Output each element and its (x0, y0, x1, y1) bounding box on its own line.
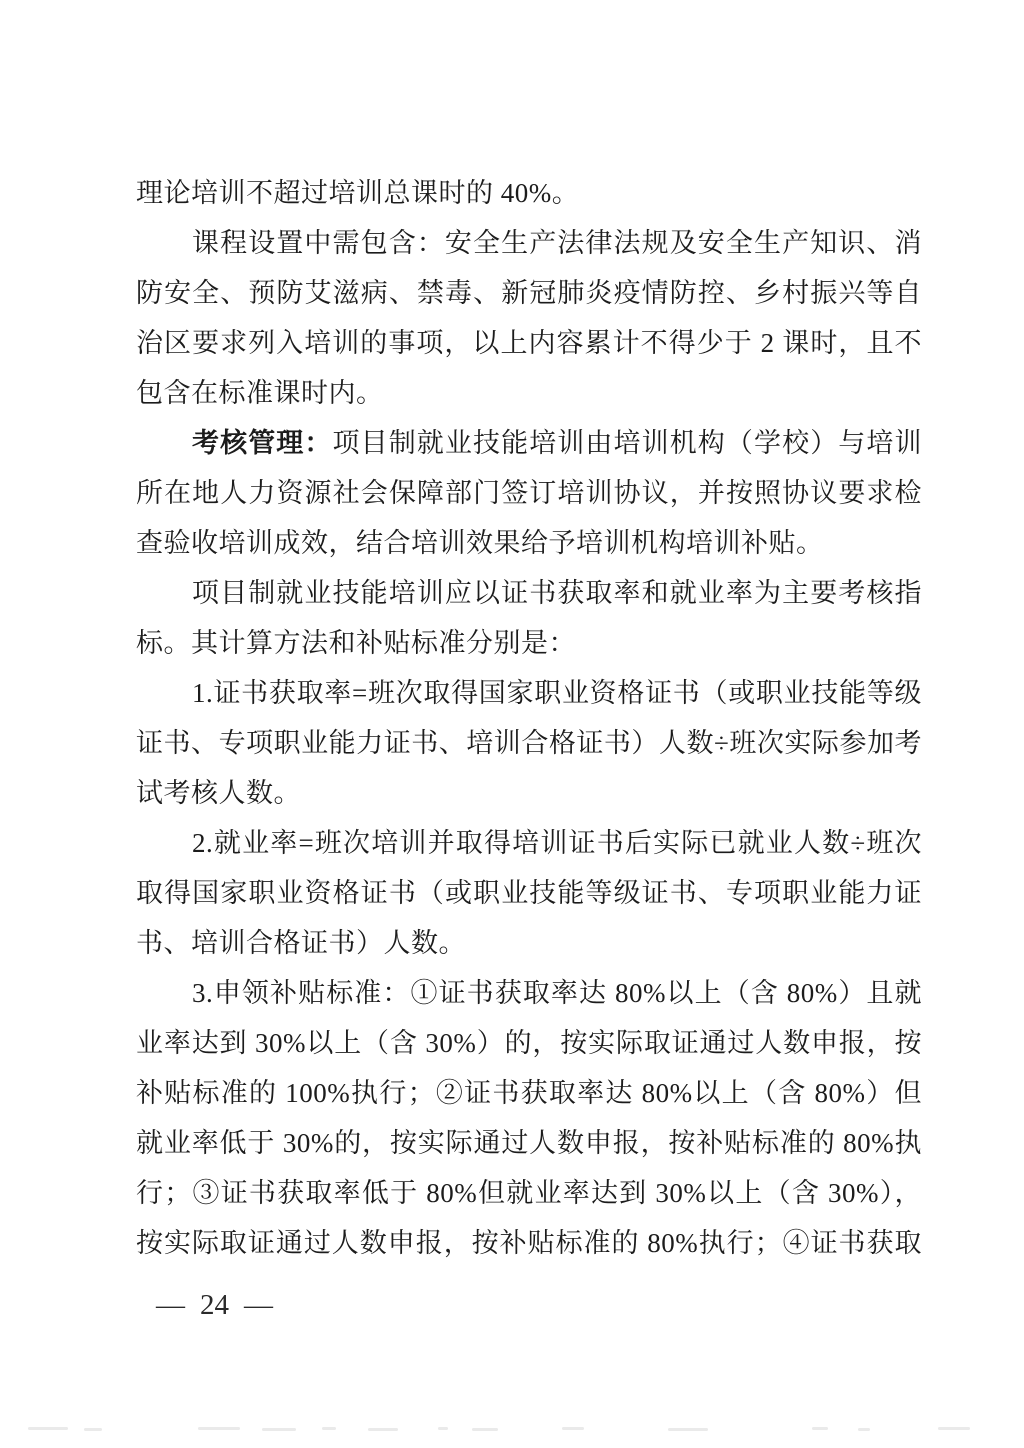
bold-lead-label: 考核管理： (192, 428, 333, 458)
scan-artifact (858, 1428, 870, 1431)
text-line: 试考核人数。 (136, 768, 922, 818)
scan-artifact (84, 1428, 102, 1431)
text-line: 理论培训不超过培训总课时的 40%。 (136, 168, 922, 218)
footer-dash-left: — (156, 1288, 185, 1322)
text-line: 治区要求列入培训的事项，以上内容累计不得少于 2 课时，且不 (136, 318, 922, 368)
scan-artifact (322, 1427, 336, 1430)
scan-artifact (472, 1428, 498, 1431)
text-line: 证书、专项职业能力证书、培训合格证书）人数÷班次实际参加考 (136, 718, 922, 768)
text-line: 补贴标准的 100%执行；②证书获取率达 80%以上（含 80%）但 (136, 1068, 922, 1118)
text-line: 项目制就业技能培训应以证书获取率和就业率为主要考核指 (136, 568, 922, 618)
text-line: 2.就业率=班次培训并取得培训证书后实际已就业人数÷班次 (136, 818, 922, 868)
footer-dash-right: — (244, 1288, 273, 1322)
text-line: 查验收培训成效，结合培训效果给予培训机构培训补贴。 (136, 518, 922, 568)
document-page: 理论培训不超过培训总课时的 40%。 课程设置中需包含：安全生产法律法规及安全生… (0, 0, 1024, 1448)
page-number-footer: — 24 — (156, 1288, 273, 1322)
text-line: 就业率低于 30%的，按实际通过人数申报，按补贴标准的 80%执 (136, 1118, 922, 1168)
text-line: 书、培训合格证书）人数。 (136, 918, 922, 968)
text-line: 取得国家职业资格证书（或职业技能等级证书、专项职业能力证 (136, 868, 922, 918)
scan-artifact (938, 1427, 970, 1430)
text-line-continuation: 项目制就业技能培训由培训机构（学校）与培训 (333, 428, 923, 458)
text-line: 课程设置中需包含：安全生产法律法规及安全生产知识、消 (136, 218, 922, 268)
text-line: 行；③证书获取率低于 80%但就业率达到 30%以上（含 30%）， (136, 1168, 922, 1218)
scan-artifact (368, 1428, 398, 1431)
scan-artifact (812, 1427, 828, 1430)
document-body-text: 理论培训不超过培训总课时的 40%。 课程设置中需包含：安全生产法律法规及安全生… (136, 168, 922, 1268)
page-number: 24 (200, 1288, 229, 1322)
scan-artifact (562, 1427, 584, 1430)
scan-artifact (438, 1427, 448, 1430)
text-line: 考核管理：项目制就业技能培训由培训机构（学校）与培训 (136, 418, 922, 468)
scan-artifact (668, 1428, 708, 1431)
scan-artifact (262, 1428, 296, 1431)
scan-artifact (198, 1427, 240, 1430)
text-line: 包含在标准课时内。 (136, 368, 922, 418)
text-line: 防安全、预防艾滋病、禁毒、新冠肺炎疫情防控、乡村振兴等自 (136, 268, 922, 318)
text-line: 3.申领补贴标准：①证书获取率达 80%以上（含 80%）且就 (136, 968, 922, 1018)
text-line: 按实际取证通过人数申报，按补贴标准的 80%执行；④证书获取 (136, 1218, 922, 1268)
text-line: 标。其计算方法和补贴标准分别是： (136, 618, 922, 668)
text-line: 所在地人力资源社会保障部门签订培训协议，并按照协议要求检 (136, 468, 922, 518)
text-line: 1.证书获取率=班次取得国家职业资格证书（或职业技能等级 (136, 668, 922, 718)
text-line: 业率达到 30%以上（含 30%）的，按实际取证通过人数申报，按 (136, 1018, 922, 1068)
scan-artifact (28, 1427, 68, 1430)
